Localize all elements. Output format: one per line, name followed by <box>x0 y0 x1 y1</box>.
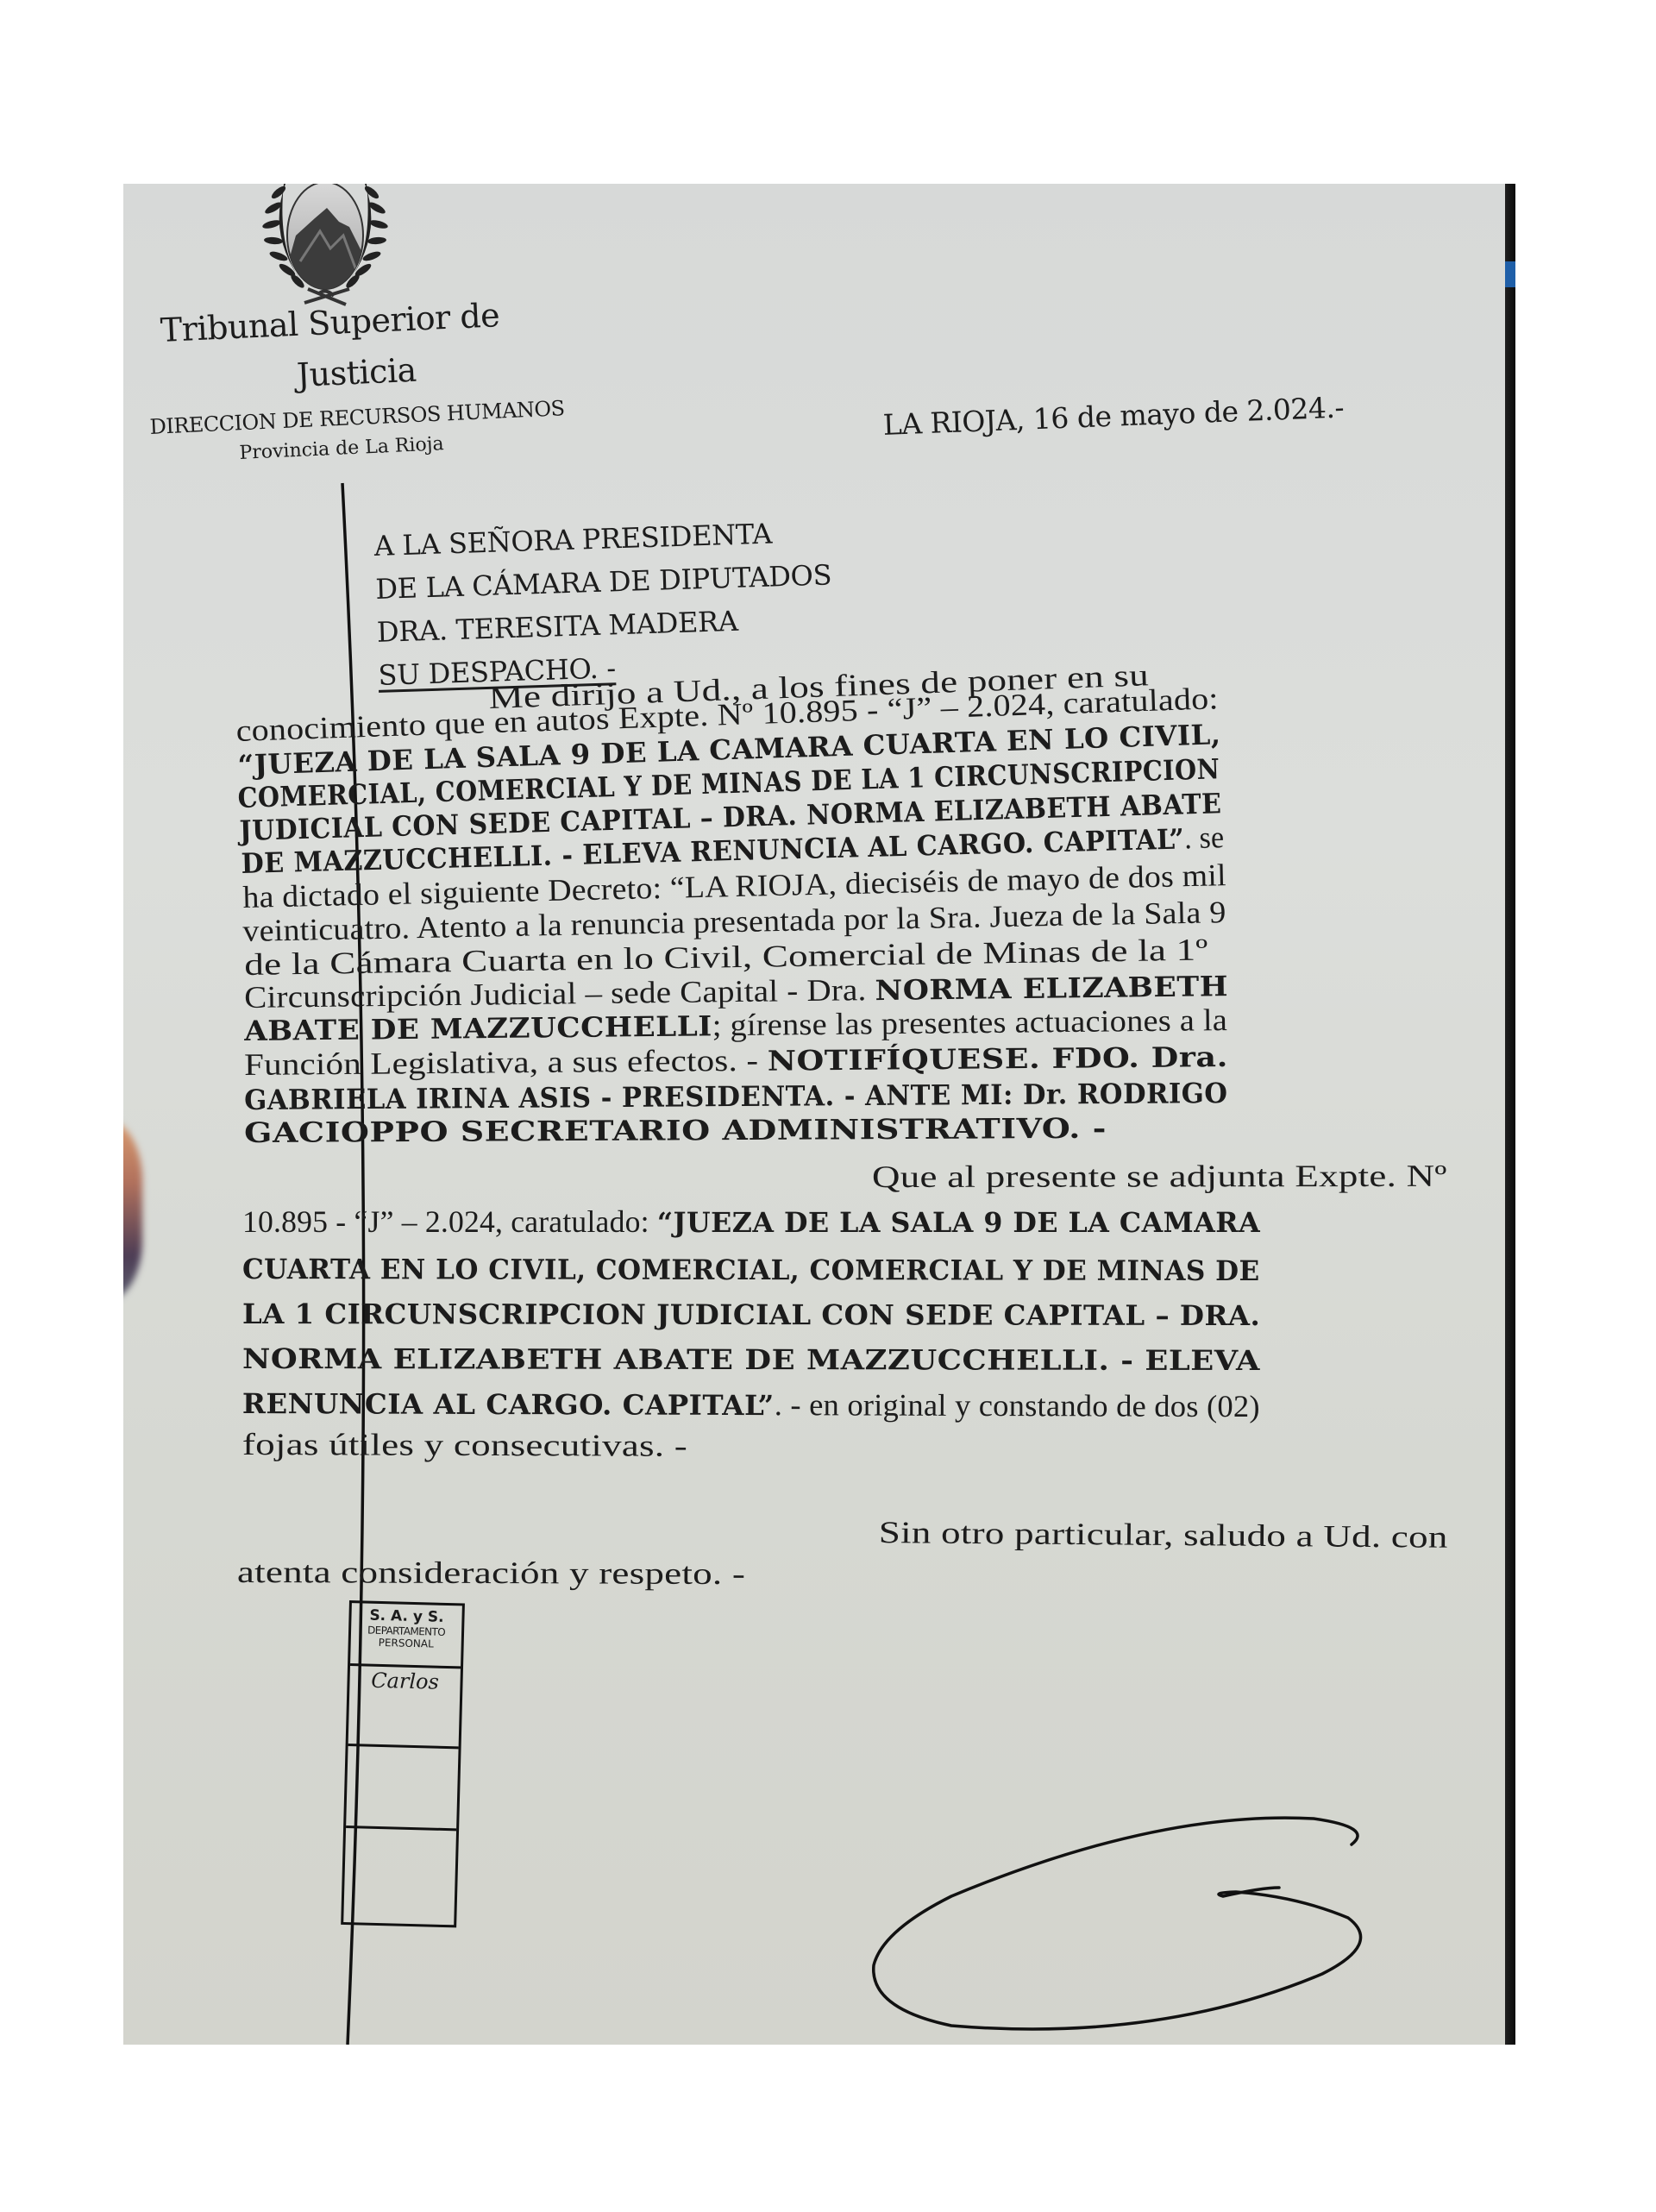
bold-text: RENUNCIA AL CARGO. CAPITAL” <box>242 1387 775 1422</box>
stamp-line1: S. A. y S. <box>351 1603 462 1626</box>
stamp-handwritten-name: Carlos <box>349 1666 461 1694</box>
closing-line: Sin otro particular, saludo a Ud. con <box>879 1514 1448 1555</box>
bold-text: LA 1 CIRCUNSCRIPCION JUDICIAL CON SEDE C… <box>242 1298 1260 1332</box>
letterhead-title-line2: Justicia <box>296 351 417 394</box>
paragraph2-line: NORMA ELIZABETH ABATE DE MAZZUCCHELLI. -… <box>242 1340 1260 1378</box>
bold-text: ABATE DE MAZZUCCHELLI <box>244 1009 712 1047</box>
coat-of-arms-icon <box>261 184 388 305</box>
paragraph2-line: CUARTA EN LO CIVIL, COMERCIAL, COMERCIAL… <box>242 1250 1260 1288</box>
stamp-header: S. A. y S. DEPARTAMENTO PERSONAL <box>350 1603 462 1668</box>
text: . se <box>1184 820 1225 855</box>
paragraph2-line: RENUNCIA AL CARGO. CAPITAL”. - en origin… <box>242 1385 1260 1424</box>
stamp-cell-name: Carlos <box>348 1666 461 1749</box>
text: Función Legislativa, a sus efectos. - <box>244 1043 768 1082</box>
closing-line: atenta consideración y respeto. - <box>237 1554 745 1592</box>
bold-text: NORMA ELIZABETH <box>875 970 1228 1007</box>
bold-text: GACIOPPO SECRETARIO ADMINISTRATIVO. - <box>244 1112 1107 1149</box>
bold-text: NORMA ELIZABETH ABATE DE MAZZUCCHELLI. -… <box>242 1342 1260 1377</box>
bold-text: NOTIFÍQUESE. FDO. Dra. <box>768 1040 1228 1078</box>
text: . - en original y constando de dos (02) <box>775 1387 1260 1423</box>
signature-stroke <box>874 1818 1361 2029</box>
paragraph2-line: LA 1 CIRCUNSCRIPCION JUDICIAL CON SEDE C… <box>242 1295 1260 1333</box>
text: Sin otro particular, saludo a Ud. con <box>879 1515 1448 1555</box>
document-photo: Tribunal Superior de Justicia DIRECCION … <box>123 184 1515 2045</box>
stamp-cell-empty-1 <box>346 1746 458 1831</box>
bold-text: CUARTA EN LO CIVIL, COMERCIAL, COMERCIAL… <box>242 1253 1260 1287</box>
text: 10.895 - “J” – 2.024, caratulado: <box>242 1204 657 1239</box>
paragraph2-line: Que al presente se adjunta Expte. Nº <box>872 1158 1447 1195</box>
text: Que al presente se adjunta Expte. Nº <box>872 1159 1447 1194</box>
paragraph2-line: 10.895 - “J” – 2.024, caratulado: “JUEZA… <box>242 1203 1260 1240</box>
bold-text: “JUEZA DE LA SALA 9 DE LA CAMARA <box>657 1206 1260 1239</box>
paragraph2-line: fojas útiles y consecutivas. - <box>242 1426 687 1464</box>
text: fojas útiles y consecutivas. - <box>242 1427 687 1463</box>
addressee-block: A LA SEÑORA PRESIDENTA DE LA CÁMARA DE D… <box>373 510 835 697</box>
paragraph1-line: GACIOPPO SECRETARIO ADMINISTRATIVO. - <box>244 1109 1107 1150</box>
text: atenta consideración y respeto. - <box>237 1555 745 1591</box>
department-stamp: S. A. y S. DEPARTAMENTO PERSONAL Carlos <box>341 1600 465 1927</box>
text: ; gírense las presentes actuaciones a la <box>712 1002 1228 1042</box>
stamp-cell-empty-2 <box>343 1828 456 1917</box>
